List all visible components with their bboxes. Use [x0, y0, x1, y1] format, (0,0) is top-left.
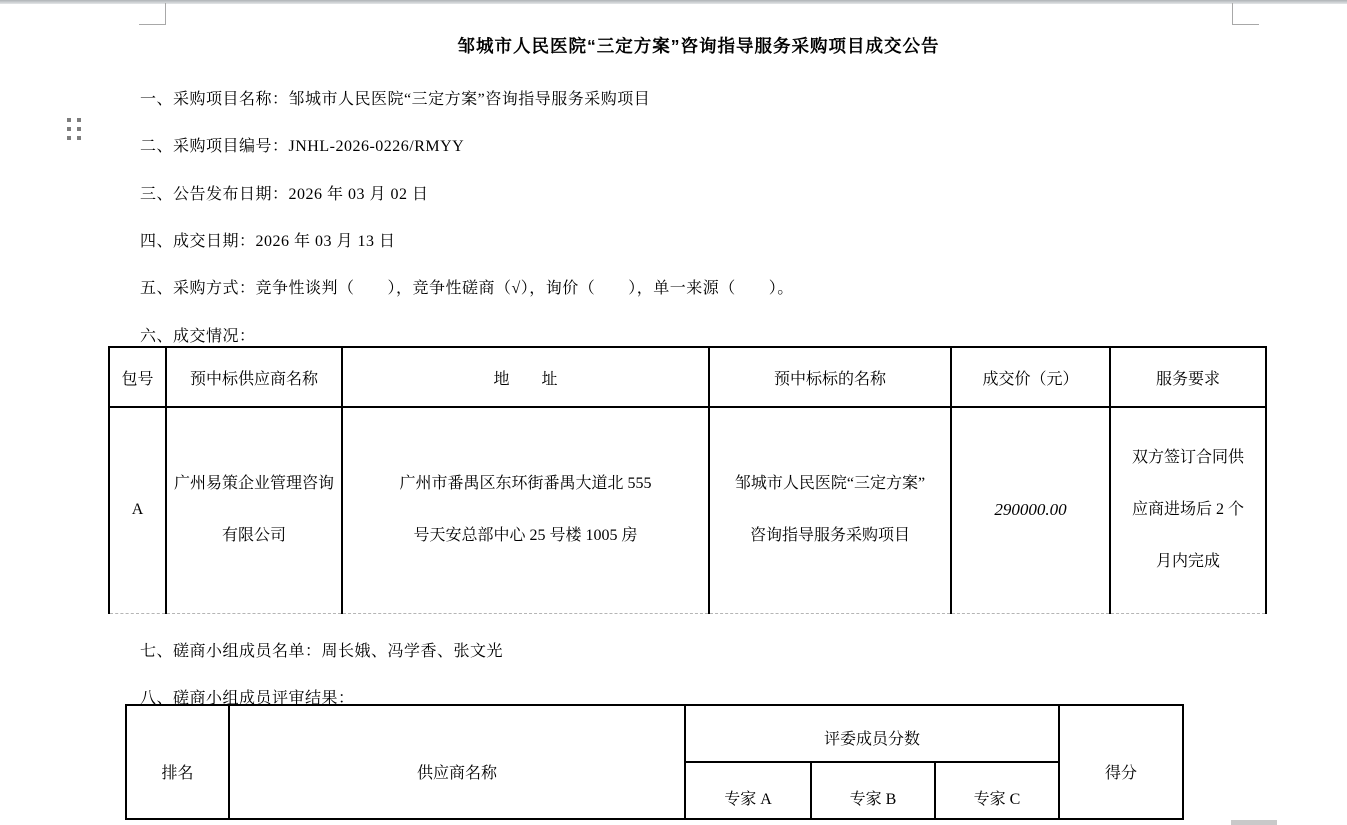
award-cell-supplier: 广州易策企业管理咨询 有限公司: [166, 407, 342, 613]
award-header-service: 服务要求: [1110, 347, 1266, 407]
award-cell-subject: 邹城市人民医院“三定方案” 咨询指导服务采购项目: [709, 407, 951, 613]
text-boundary-mark-right-v: [1232, 3, 1233, 24]
award-cell-package: A: [109, 407, 166, 613]
review-header-supplier: 供应商名称: [229, 705, 685, 819]
review-header-expert-a: 专家 A: [685, 762, 811, 819]
award-header-subject: 预中标标的名称: [709, 347, 951, 407]
clause-procure-method: 五、采购方式：竞争性谈判（ ），竞争性磋商（√），询价（ ），单一来源（ ）。: [140, 275, 1240, 298]
clause-award-date: 四、成交日期：2026 年 03 月 13 日: [140, 228, 1240, 251]
page-title: 邹城市人民医院“三定方案”咨询指导服务采购项目成交公告: [165, 33, 1232, 58]
award-cell-price: 290000.00: [951, 407, 1110, 613]
award-header-price: 成交价（元）: [951, 347, 1110, 407]
award-table-row: A 广州易策企业管理咨询 有限公司 广州市番禺区东环街番禺大道北 555 号天安…: [109, 407, 1266, 613]
document-page: 邹城市人民医院“三定方案”咨询指导服务采购项目成交公告 一、采购项目名称：邹城市…: [0, 0, 1347, 825]
page-top-edge: [0, 0, 1347, 4]
award-cell-address: 广州市番禺区东环街番禺大道北 555 号天安总部中心 25 号楼 1005 房: [342, 407, 709, 613]
award-table: 包号 预中标供应商名称 地 址 预中标标的名称 成交价（元） 服务要求 A 广州…: [108, 346, 1267, 614]
clause-award-result: 六、成交情况：: [140, 323, 1240, 346]
review-header-score: 得分: [1059, 705, 1183, 819]
review-header-rank: 排名: [126, 705, 229, 819]
horizontal-scrollbar-thumb[interactable]: [1231, 820, 1277, 825]
review-table: 排名 供应商名称 评委成员分数 得分 专家 A 专家 B 专家 C: [125, 704, 1184, 820]
clause-panel-members: 七、磋商小组成员名单：周长娥、冯学香、张文光: [140, 638, 1240, 661]
award-header-package: 包号: [109, 347, 166, 407]
award-table-header-row: 包号 预中标供应商名称 地 址 预中标标的名称 成交价（元） 服务要求: [109, 347, 1266, 407]
clause-project-name: 一、采购项目名称：邹城市人民医院“三定方案”咨询指导服务采购项目: [140, 86, 1240, 109]
award-header-address: 地 址: [342, 347, 709, 407]
text-boundary-mark-left-v: [165, 3, 166, 24]
award-cell-service: 双方签订合同供 应商进场后 2 个 月内完成: [1110, 407, 1266, 613]
clause-publish-date: 三、公告发布日期：2026 年 03 月 02 日: [140, 181, 1240, 204]
text-boundary-mark-right-h: [1232, 24, 1259, 25]
text-boundary-mark-left-h: [139, 24, 166, 25]
review-header-expert-b: 专家 B: [811, 762, 935, 819]
review-table-header-row-1: 排名 供应商名称 评委成员分数 得分: [126, 705, 1183, 762]
award-header-supplier: 预中标供应商名称: [166, 347, 342, 407]
review-header-expert-c: 专家 C: [935, 762, 1059, 819]
review-header-committee: 评委成员分数: [685, 705, 1059, 762]
clause-project-number: 二、采购项目编号：JNHL-2026-0226/RMYY: [140, 133, 1240, 156]
